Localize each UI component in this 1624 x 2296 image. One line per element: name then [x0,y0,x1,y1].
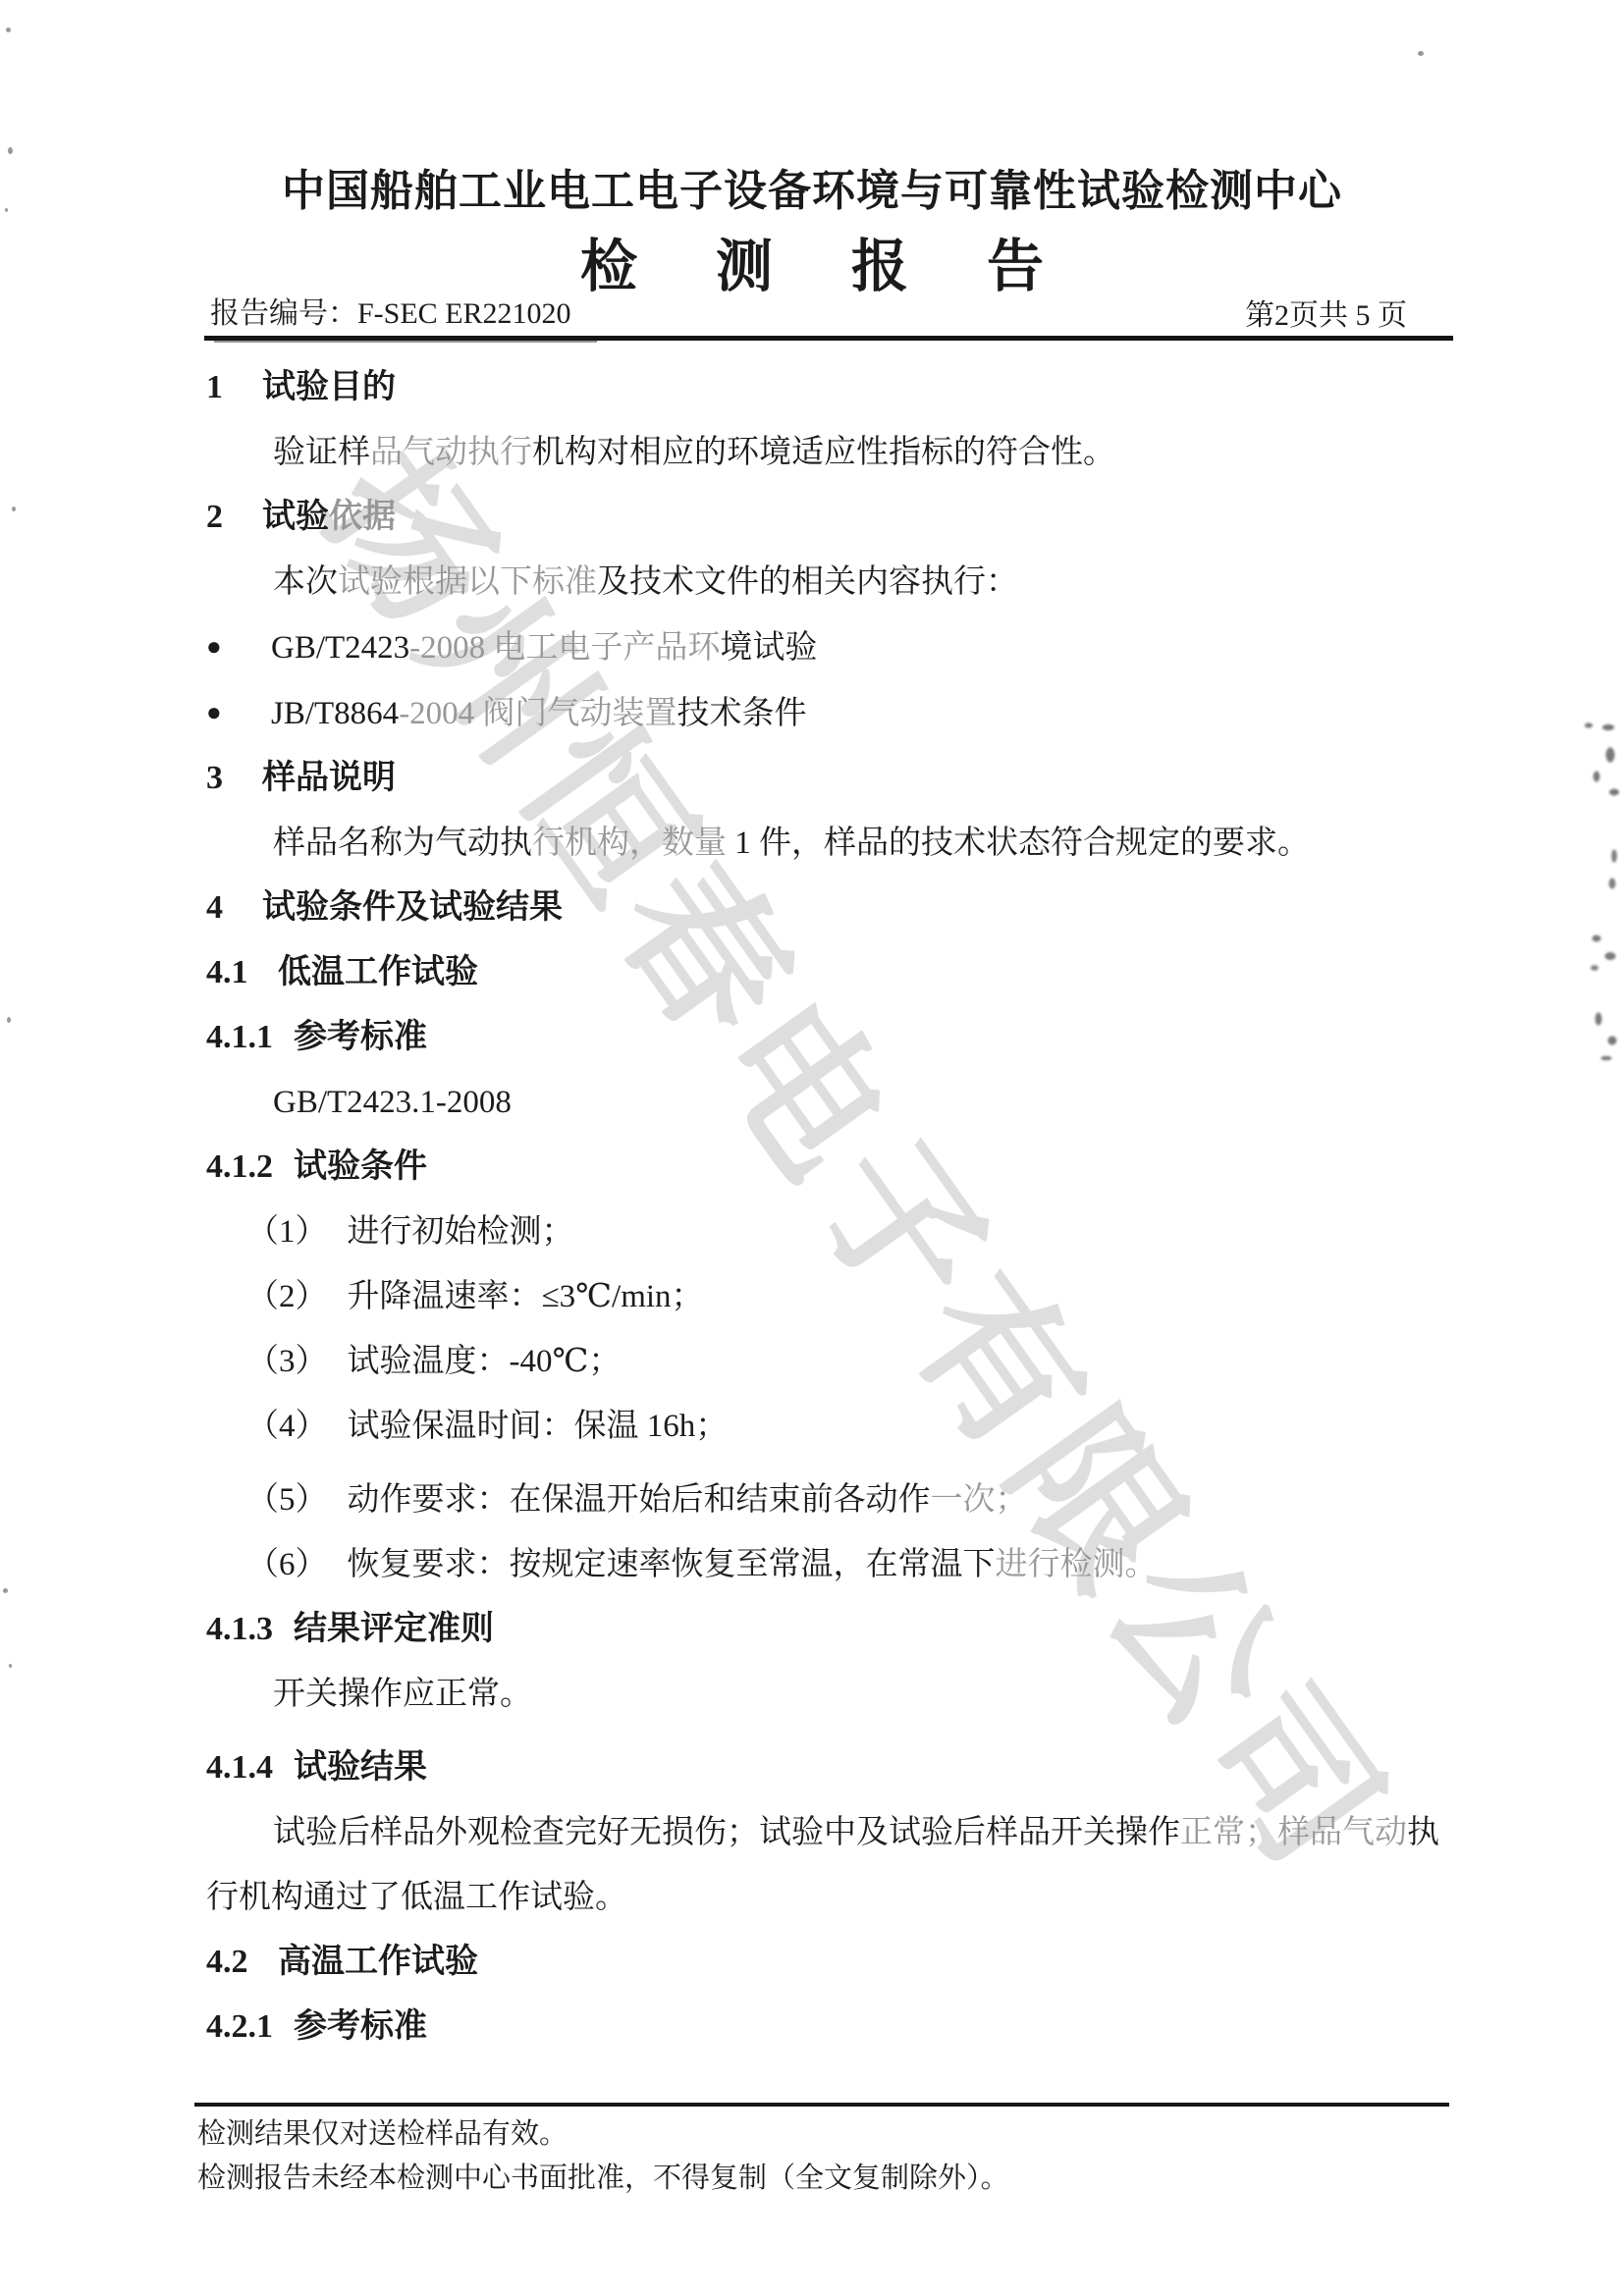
doc-line-4: 4试验条件及试验结果 [206,876,1453,940]
doc-line-4.2: 4.2高温工作试验 [206,1930,1453,1995]
text-segment: 境试验 [720,630,817,666]
text-segment: 试验条件 [294,1148,427,1185]
doc-line-1: 1试验目的 [206,355,1453,420]
text-segment: 行机构，数量 [532,826,727,861]
scan-speck [5,208,8,212]
text-segment: 试验目的 [262,369,396,405]
doc-line-（6）: （6）恢复要求：按规定速率恢复至常温，在常温下进行检测。 [246,1532,1453,1597]
doc-line-para: 本次试验根据以下标准及技术文件的相关内容执行： [206,550,1453,614]
text-segment: GB/T2423 [271,630,409,666]
scan-speck [8,147,13,154]
text-segment: 开关操作应正常。 [273,1677,532,1712]
doc-line-bullet: ●JB/T8864-2004 阀门气动装置技术条件 [206,680,1453,746]
text-segment: 品气动执行 [370,435,532,470]
line-number: 1 [206,355,262,420]
doc-line-para: 验证样品气动执行机构对相应的环境适应性指标的符合性。 [206,420,1453,485]
text-segment: 低温工作试验 [278,954,478,990]
ink-smudge [1581,927,1624,976]
doc-line-4.1.3: 4.1.3结果评定准则 [206,1597,1453,1662]
line-number: （3） [246,1344,328,1379]
text-segment: 正常；样品气动 [1180,1815,1407,1850]
report-number-value: F-SEC ER221020 [357,297,571,330]
scan-speck [7,1017,11,1023]
ink-smudge [1585,1001,1624,1064]
doc-line-3: 3样品说明 [206,746,1453,811]
line-number: 4.2 [206,1930,278,1995]
line-number: （5） [246,1482,328,1518]
line-number: （1） [246,1214,328,1250]
line-number: （6） [246,1547,328,1582]
text-segment: 验证样 [273,435,370,470]
header-divider [204,336,1453,341]
text-segment: 试验 [262,499,329,535]
bullet-icon: ● [206,680,271,745]
scan-speck [1418,51,1424,56]
text-segment: -2004 阀门气动装置 [399,696,677,731]
document-body: 1试验目的验证样品气动执行机构对相应的环境适应性指标的符合性。2试验依据本次试验… [206,355,1453,2059]
line-number: 4.2.1 [206,1995,294,2059]
line-number: 2 [206,485,262,550]
text-segment: 样品说明 [262,760,396,796]
text-segment: 技术条件 [677,696,806,731]
text-segment: 升降温速率：≤3℃/min； [348,1279,704,1314]
footer-divider [194,2103,1449,2107]
scanned-report-page: 扬州恒春电子有限公司 中国船舶工业电工电子设备环境与可靠性试验检测中心 检测报告… [0,0,1624,2296]
doc-line-（5）: （5）动作要求：在保温开始后和结束前各动作一次； [246,1468,1453,1532]
text-segment: 依据 [329,499,396,535]
text-segment: JB/T8864 [271,696,399,731]
doc-line-4.1.4: 4.1.4试验结果 [206,1735,1453,1800]
text-segment: 机构对相应的环境适应性指标的符合性。 [532,435,1115,470]
text-segment: 及技术文件的相关内容执行： [597,564,1018,600]
header-org-name: 中国船舶工业电工电子设备环境与可靠性试验检测中心 [0,155,1624,218]
line-number: 4.1 [206,940,278,1005]
text-segment: GB/T2423.1-2008 [273,1085,512,1120]
doc-line-para: 样品名称为气动执行机构，数量 1 件，样品的技术状态符合规定的要求。 [206,811,1453,876]
text-segment: 试验结果 [294,1749,427,1786]
bullet-icon: ● [206,614,271,679]
line-number: 4.1.2 [206,1135,294,1200]
text-segment: 动作要求：在保温开始后和结束前各动作 [348,1482,931,1518]
text-segment: 进行检测。 [996,1547,1158,1582]
doc-line-4.2.1: 4.2.1参考标准 [206,1995,1453,2059]
scan-speck [9,1664,12,1668]
line-number: 3 [206,746,262,811]
text-segment: 高温工作试验 [278,1944,478,1980]
text-segment: -2008 电工电子产品环 [409,630,720,666]
text-segment: 参考标准 [294,1019,427,1055]
text-segment: 试验温度：-40℃； [348,1344,622,1379]
footer-note-1: 检测结果仅对送检样品有效。 [197,2112,1009,2157]
ink-smudge [1602,842,1624,903]
doc-line-（2）: （2）升降温速率：≤3℃/min； [246,1264,1453,1329]
text-segment: 样品名称为气动执 [273,826,532,861]
doc-line-para: 开关操作应正常。 [206,1662,1453,1727]
line-number: 4.1.1 [206,1005,294,1070]
scan-speck [6,27,11,32]
text-segment: 试验保温时间：保温 16h； [348,1409,729,1444]
text-segment: 一次； [931,1482,1028,1518]
doc-line-2: 2试验依据 [206,485,1453,550]
report-number-label: 报告编号： [210,297,357,330]
text-segment: 进行初始检测； [348,1214,574,1250]
text-segment: 试验条件及试验结果 [262,889,563,926]
doc-line-（3）: （3）试验温度：-40℃； [246,1329,1453,1394]
doc-line-para: 试验后样品外观检查完好无损伤；试验中及试验后样品开关操作正常；样品气动执行机构通… [206,1800,1453,1930]
scan-speck [12,507,16,511]
line-number: 4.1.4 [206,1735,294,1800]
text-segment: 1 件，样品的技术状态符合规定的要求。 [727,826,1310,861]
doc-line-4.1.1: 4.1.1参考标准 [206,1005,1453,1070]
line-number: 4 [206,876,262,940]
line-number: 4.1.3 [206,1597,294,1662]
text-segment: 本次 [273,564,338,600]
line-number: （2） [246,1279,328,1314]
doc-line-（1）: （1）进行初始检测； [246,1200,1453,1264]
page-indicator: 第2页共 5 页 [1245,291,1407,334]
line-number: （4） [246,1409,328,1444]
ink-smudge [1575,720,1624,802]
text-segment: 试验后样品外观检查完好无损伤；试验中及试验后样品开关操作 [273,1815,1180,1850]
scan-speck [3,1588,8,1593]
text-segment: 恢复要求：按规定速率恢复至常温，在常温下 [348,1547,996,1582]
doc-line-4.1: 4.1低温工作试验 [206,940,1453,1005]
text-segment: 参考标准 [294,2008,427,2045]
doc-line-（4）: （4）试验保温时间：保温 16h； [246,1394,1453,1459]
footer-note-2: 检测报告未经本检测中心书面批准，不得复制（全文复制除外）。 [197,2157,1009,2201]
text-segment: 试验根据以下标准 [338,564,597,600]
doc-line-para: GB/T2423.1-2008 [206,1070,1453,1135]
footer-notes: 检测结果仅对送检样品有效。 检测报告未经本检测中心书面批准，不得复制（全文复制除… [197,2112,1009,2201]
doc-line-4.1.2: 4.1.2试验条件 [206,1135,1453,1200]
report-number-line: 报告编号：F-SEC ER221020 [210,289,571,332]
text-segment: 结果评定准则 [294,1611,494,1647]
doc-line-bullet: ●GB/T2423-2008 电工电子产品环境试验 [206,614,1453,680]
